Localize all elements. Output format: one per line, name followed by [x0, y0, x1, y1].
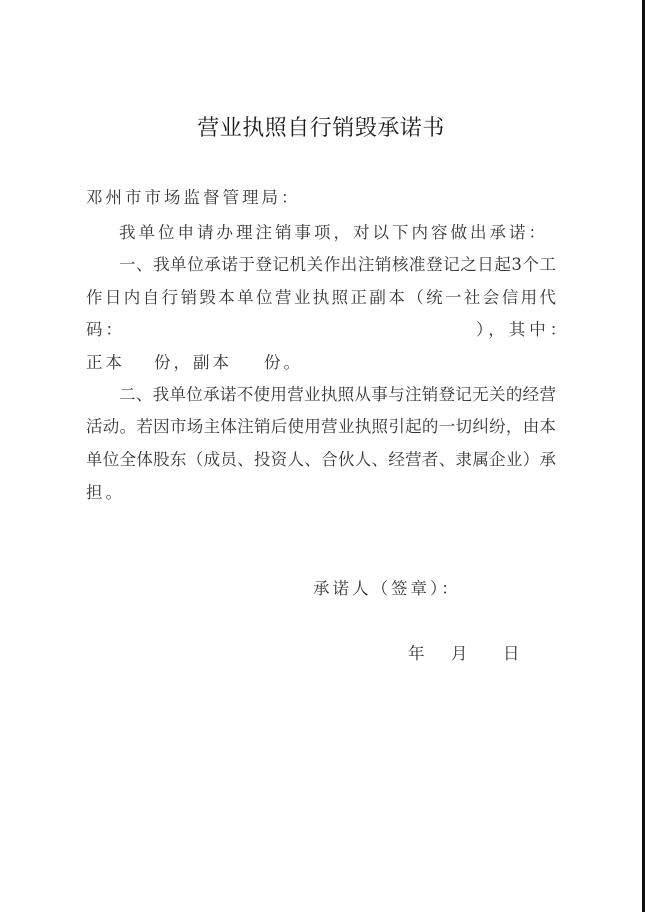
original-count-label: 正本 — [86, 352, 125, 374]
signer-label: 承诺人（签章）： — [313, 578, 461, 600]
copy-count-label: 份，副本 — [154, 352, 232, 374]
paragraph1-line2: 作日内自行销毁本单位营业执照正副本（统一社会信用代 — [86, 287, 556, 309]
addressee: 邓州市市场监督管理局： — [86, 187, 301, 209]
document-title: 营业执照自行销毁承诺书 — [0, 114, 642, 144]
paragraph2-line3: 单位全体股东（成员、投资人、合伙人、经营者、隶属企业）承 — [86, 449, 556, 471]
credit-code-label: 码： — [86, 319, 125, 341]
paragraph2-line4: 担。 — [86, 482, 125, 504]
paragraph2-line2: 活动。若因市场主体注销后使用营业执照引起的一切纠纷，由本 — [86, 416, 556, 438]
date-month-label: 月 — [451, 643, 468, 665]
credit-code-close: ），其中： — [476, 319, 570, 341]
document-page: 营业执照自行销毁承诺书 邓州市市场监督管理局： 我单位申请办理注销事项，对以下内… — [0, 0, 642, 912]
date-day-label: 日 — [503, 643, 520, 665]
copy-count-unit: 份。 — [264, 352, 303, 374]
date-year-label: 年 — [408, 643, 425, 665]
paragraph2-line1: 二、我单位承诺不使用营业执照从事与注销登记无关的经营 — [119, 384, 556, 406]
paragraph1-line1: 一、我单位承诺于登记机关作出注销核准登记之日起3个工 — [119, 254, 556, 276]
intro-paragraph: 我单位申请办理注销事项，对以下内容做出承诺： — [119, 222, 548, 244]
